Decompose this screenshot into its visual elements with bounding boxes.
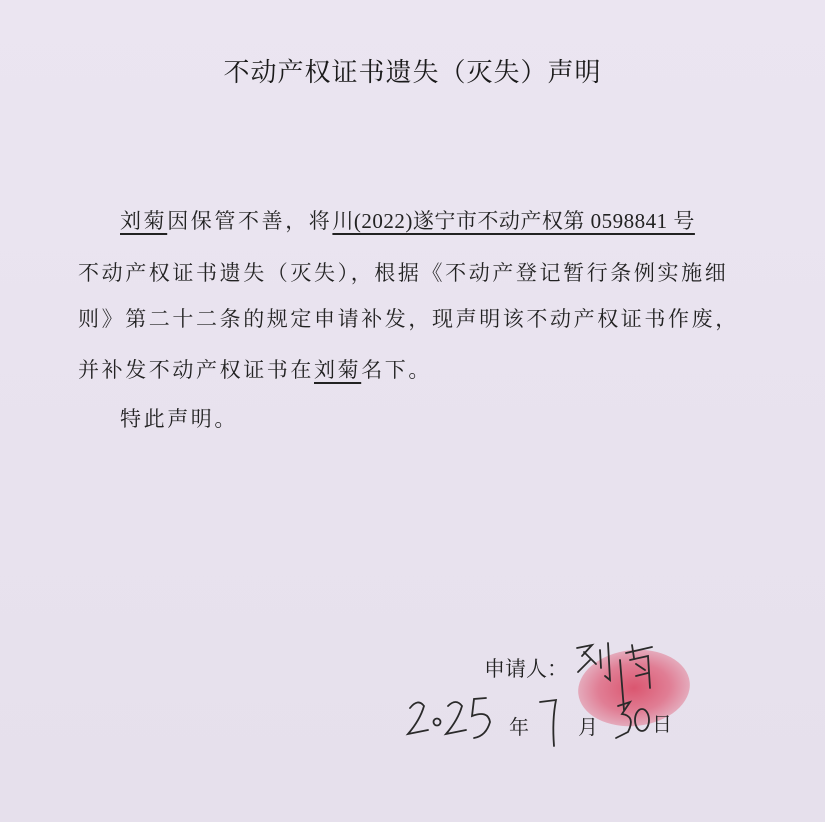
date-month-label: 月 (578, 711, 598, 740)
document-page: 不动产权证书遗失（灭失）声明 刘菊因保管不善，将川(2022)遂宁市不动产权第 … (0, 0, 825, 822)
handwritten-signature (0, 0, 825, 822)
date-day-label: 日 (652, 708, 672, 737)
date-year-label: 年 (509, 711, 529, 740)
